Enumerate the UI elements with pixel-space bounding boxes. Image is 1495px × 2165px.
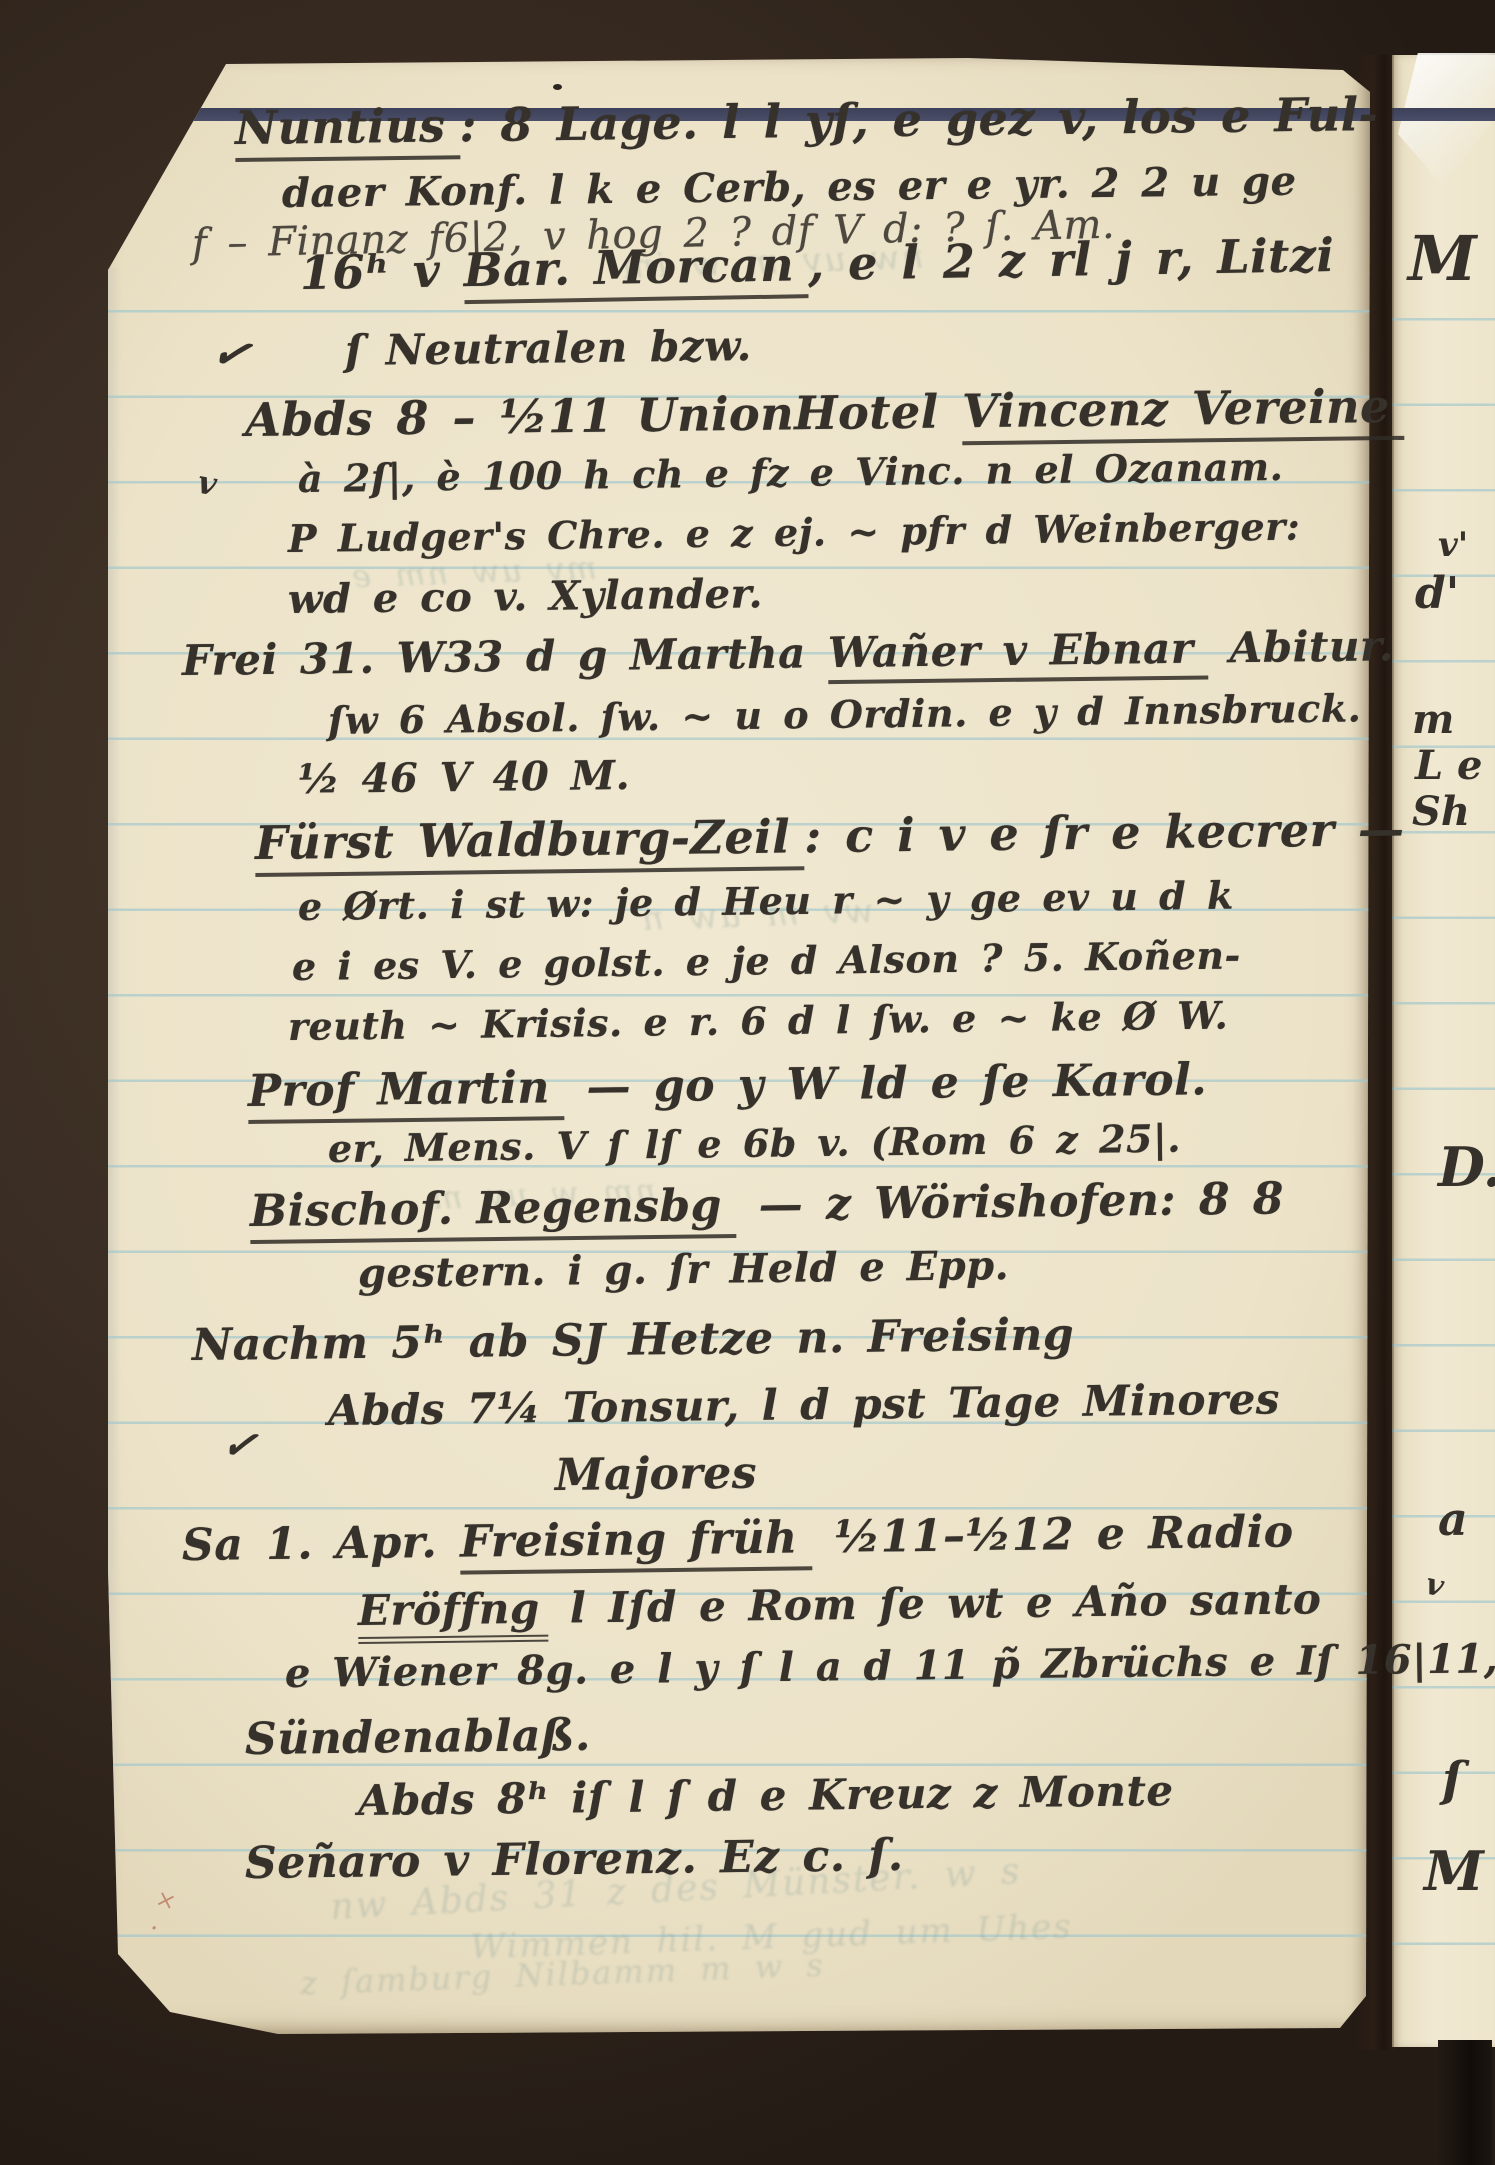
handwriting-line: Bischof. Regensbg — z Wörishofen: 8 8 [250,1177,1285,1234]
handwriting-line: Majores [555,1452,757,1498]
handwriting-line: Abds 8ʰ iſ l ſ d e Kreuz z Monte [358,1770,1174,1822]
handwriting-line: Nachm 5ʰ ab SJ Hetze n. Freising [192,1313,1075,1368]
next-page-fragment: Sh [1412,792,1470,832]
handwriting-line: Nuntius: 8 Lage. l l yſ, e gez v, los e … [235,91,1379,151]
handwriting-line: Abds 8 – ½11 UnionHotel Vincenz Vereine [245,383,1404,443]
handwriting-line: à 2ſ|, è 100 h ch e fz e Vinc. n el Ozan… [298,448,1284,498]
handwriting-line: Prof Martin — go y W ld e ſe Karol. [248,1058,1208,1114]
handwriting-line: P Ludger's Chre. e z ej. ~ pfr d Weinber… [288,508,1301,558]
next-page-fragment: ſ [1442,1756,1463,1804]
next-page-fragment: v' [1438,528,1468,562]
next-page-fragment: m [1412,700,1454,740]
handwriting-line: er, Mens. V ſ lſ e 6b v. (Rom 6 z 25|. [328,1120,1181,1168]
handwriting-line: Fürst Waldburg-Zeil: c i v e ſr e kecrer… [255,806,1405,866]
next-page-edge [1392,55,1495,2047]
handwriting-line: daer Konf. l k e Cerb, es er e yr. 2 2 u… [282,162,1297,214]
next-page-fragment: M [1408,228,1477,290]
handwriting-line: gestern. i g. ſr Held e Epp. [358,1246,1010,1294]
next-page-fragment: d' [1415,572,1459,616]
ruled-lines [1392,235,1495,2013]
ink-speck [553,84,562,90]
handwriting-line: Señaro v Florenz. Ez c. ſ. [245,1834,904,1886]
next-page-fragment: M [1424,1844,1484,1898]
page-corner-curl [1398,53,1495,203]
next-page-fragment: D. [1438,1140,1495,1194]
handwriting-line: Abds 7¼ Tonsur, l d pst Tage Minores [328,1378,1280,1432]
page-top-edge-line [1392,108,1495,121]
next-page-fragment: L e [1415,746,1483,786]
handwriting-line: Eröffng l Iſd e Rom ſe wt e Año santo [358,1578,1322,1632]
handwriting-line: e Ørt. i st w: je d Heu r ~ y ge ev u d … [298,877,1234,926]
notebook-scan: nw uv m w im mv uw nm e wv m uw n nm w u… [0,0,1495,2165]
cover-edge [1438,2040,1492,2165]
handwriting-line: wd e co v. Xylander. [288,574,763,620]
handwriting-line: reuth ~ Krisis. e r. 6 d l ſw. e ~ ke Ø … [288,997,1229,1046]
handwriting-line: Sa 1. Apr. Freising früh ½11–½12 e Radio [182,1510,1294,1568]
handwriting-line: e i es V. e golst. e je d Alson ? 5. Koñ… [292,936,1241,986]
handwriting-line: Sündenablaß. [245,1714,591,1762]
checkmark: ✓ [219,1418,261,1471]
handwriting-line: ſ Neutralen bzw. [345,325,752,372]
next-page-fragment: a [1438,1496,1468,1542]
red-margin-mark: · [150,1914,158,1944]
handwriting-line: ½ 46 V 40 M. [298,756,630,800]
